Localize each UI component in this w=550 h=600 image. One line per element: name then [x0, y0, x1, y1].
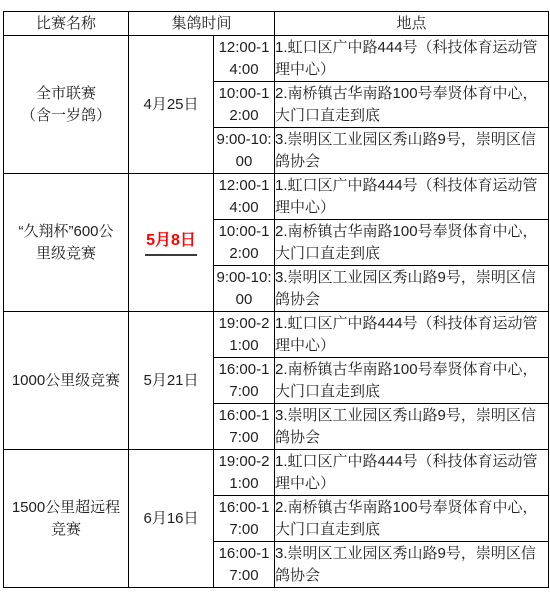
time-slot-cell: 9:00-10:00: [214, 128, 275, 174]
table-row: 1500公里超远程 竞赛 6月16日 19:00-21:00 1.虹口区广中路4…: [4, 450, 549, 496]
time-slot-cell: 19:00-21:00: [214, 450, 275, 496]
table-row: 1000公里级竞赛 5月21日 19:00-21:00 1.虹口区广中路444号…: [4, 312, 549, 358]
time-slot-cell: 12:00-14:00: [214, 36, 275, 82]
time-slot-cell: 16:00-17:00: [214, 358, 275, 404]
header-collection-time: 集鸽时间: [129, 12, 275, 36]
table-row: 全市联赛 （含一岁鸽） 4月25日 12:00-14:00 1.虹口区广中路44…: [4, 36, 549, 82]
location-cell: 3.崇明区工业园区秀山路9号，崇明区信鸽协会: [275, 404, 549, 450]
location-cell: 3.崇明区工业园区秀山路9号，崇明区信鸽协会: [275, 266, 549, 312]
date-text: 5月8日: [145, 230, 197, 256]
competition-name-cell: 全市联赛 （含一岁鸽）: [4, 36, 129, 174]
time-slot-cell: 19:00-21:00: [214, 312, 275, 358]
date-cell-highlighted: 5月8日: [129, 174, 214, 312]
pigeon-race-schedule-table: 比赛名称 集鸽时间 地点 全市联赛 （含一岁鸽） 4月25日 12:00-14:…: [3, 11, 549, 588]
competition-name-cell: “久翔杯”600公 里级竞赛: [4, 174, 129, 312]
time-slot-cell: 16:00-17:00: [214, 404, 275, 450]
time-slot-cell: 9:00-10:00: [214, 266, 275, 312]
time-slot-cell: 10:00-12:00: [214, 220, 275, 266]
time-slot-cell: 16:00-17:00: [214, 542, 275, 588]
time-slot-cell: 10:00-12:00: [214, 82, 275, 128]
location-cell: 2.南桥镇古华南路100号奉贤体育中心，大门口直走到底: [275, 496, 549, 542]
date-cell: 6月16日: [129, 450, 214, 588]
race-schedule-page: 比赛名称 集鸽时间 地点 全市联赛 （含一岁鸽） 4月25日 12:00-14:…: [0, 0, 550, 600]
location-cell: 3.崇明区工业园区秀山路9号，崇明区信鸽协会: [275, 128, 549, 174]
location-cell: 2.南桥镇古华南路100号奉贤体育中心，大门口直走到底: [275, 220, 549, 266]
date-cell: 5月21日: [129, 312, 214, 450]
competition-name-cell: 1500公里超远程 竞赛: [4, 450, 129, 588]
header-row: 比赛名称 集鸽时间 地点: [4, 12, 549, 36]
location-cell: 1.虹口区广中路444号（科技体育运动管理中心）: [275, 312, 549, 358]
location-cell: 1.虹口区广中路444号（科技体育运动管理中心）: [275, 450, 549, 496]
time-slot-cell: 16:00-17:00: [214, 496, 275, 542]
location-cell: 1.虹口区广中路444号（科技体育运动管理中心）: [275, 36, 549, 82]
date-text: 6月16日: [143, 510, 198, 527]
location-cell: 2.南桥镇古华南路100号奉贤体育中心，大门口直走到底: [275, 82, 549, 128]
location-cell: 2.南桥镇古华南路100号奉贤体育中心，大门口直走到底: [275, 358, 549, 404]
header-competition-name: 比赛名称: [4, 12, 129, 36]
time-slot-cell: 12:00-14:00: [214, 174, 275, 220]
date-text: 5月21日: [143, 372, 198, 389]
date-text: 4月25日: [143, 96, 198, 113]
date-cell: 4月25日: [129, 36, 214, 174]
competition-name-cell: 1000公里级竞赛: [4, 312, 129, 450]
location-cell: 3.崇明区工业园区秀山路9号，崇明区信鸽协会: [275, 542, 549, 588]
header-location: 地点: [275, 12, 549, 36]
location-cell: 1.虹口区广中路444号（科技体育运动管理中心）: [275, 174, 549, 220]
table-row: “久翔杯”600公 里级竞赛 5月8日 12:00-14:00 1.虹口区广中路…: [4, 174, 549, 220]
